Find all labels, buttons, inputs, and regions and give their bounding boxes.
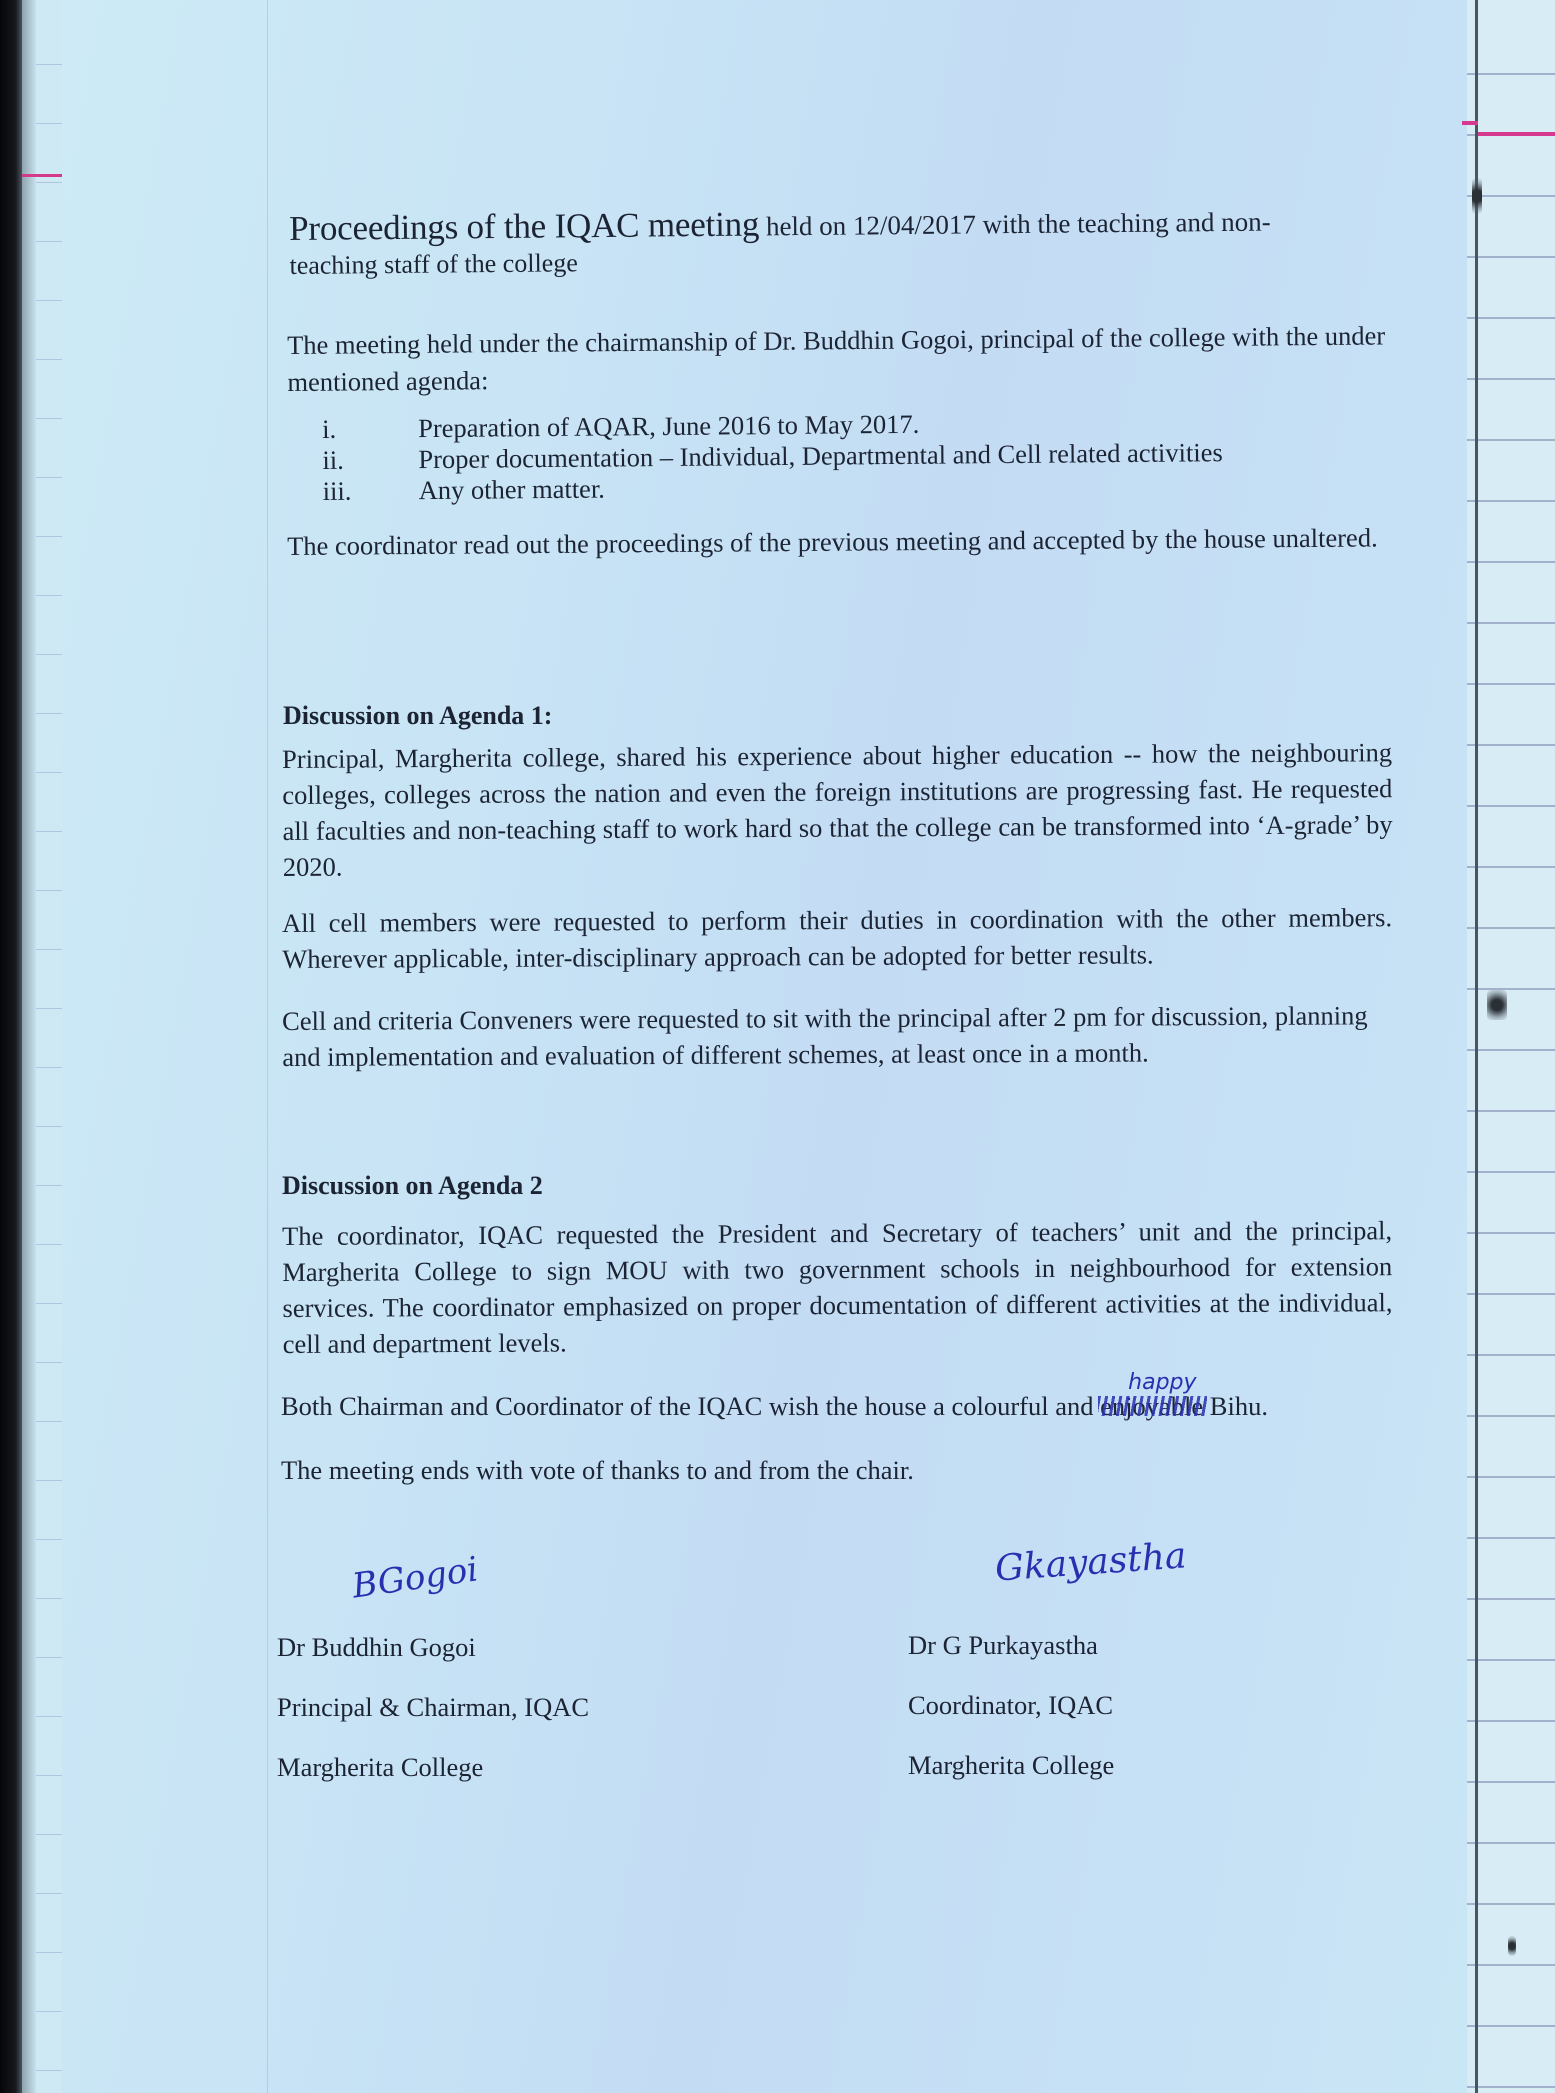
binder-edge bbox=[0, 0, 22, 2093]
agenda-list: i. Preparation of AQAR, June 2016 to May… bbox=[322, 405, 1323, 507]
signatory-role: Coordinator, IQAC bbox=[908, 1675, 1114, 1735]
agenda1-paragraph: Principal, Margherita college, shared hi… bbox=[282, 734, 1393, 885]
right-margin-mark bbox=[1478, 132, 1555, 136]
staple-icon bbox=[1508, 1936, 1516, 1956]
notebook-edge-line bbox=[1475, 0, 1478, 2093]
closing-line: The meeting ends with vote of thanks to … bbox=[281, 1452, 1391, 1489]
title-continuation: teaching staff of the college bbox=[289, 248, 578, 280]
agenda-text: Preparation of AQAR, June 2016 to May 20… bbox=[418, 409, 920, 444]
signatory-org: Margherita College bbox=[908, 1735, 1114, 1795]
agenda2-heading: Discussion on Agenda 2 bbox=[282, 1170, 543, 1202]
left-ruled-paper bbox=[36, 0, 63, 2093]
agenda-text: Any other matter. bbox=[419, 474, 605, 507]
document-title: Proceedings of the IQAC meeting held on … bbox=[289, 201, 1410, 283]
agenda1-paragraph: All cell members were requested to perfo… bbox=[282, 899, 1392, 977]
binder-edge-highlight bbox=[22, 0, 36, 2093]
left-margin-mark bbox=[22, 174, 62, 177]
inserted-word: happy bbox=[1128, 1364, 1196, 1401]
signatory-block-right: Dr G Purkayastha Coordinator, IQAC Margh… bbox=[908, 1615, 1114, 1795]
bihu-wish-line: Both Chairman and Coordinator of the IQA… bbox=[281, 1388, 1391, 1425]
handwritten-correction: enjoyablehappy bbox=[1100, 1388, 1203, 1425]
signatory-name: Dr G Purkayastha bbox=[908, 1615, 1114, 1675]
signatory-name: Dr Buddhin Gogoi bbox=[277, 1617, 589, 1677]
right-notebook-paper bbox=[1467, 0, 1555, 2093]
agenda-number: iii. bbox=[323, 475, 419, 507]
agenda1-heading: Discussion on Agenda 1: bbox=[283, 700, 552, 732]
sheet-fold-line bbox=[267, 0, 268, 2093]
staple-icon bbox=[1472, 178, 1482, 214]
wish-text-end: Bihu. bbox=[1203, 1391, 1268, 1421]
right-margin-mark bbox=[1462, 121, 1478, 125]
staple-icon bbox=[1487, 990, 1507, 1020]
signatory-org: Margherita College bbox=[277, 1737, 589, 1797]
intro-paragraph: The meeting held under the chairmanship … bbox=[287, 317, 1398, 401]
title-main: Proceedings of the IQAC meeting bbox=[289, 204, 759, 248]
signatory-role: Principal & Chairman, IQAC bbox=[277, 1677, 589, 1737]
agenda-number: i. bbox=[322, 413, 418, 445]
agenda2-paragraph: The coordinator, IQAC requested the Pres… bbox=[282, 1212, 1393, 1362]
title-rest: held on 12/04/2017 with the teaching and… bbox=[759, 207, 1271, 242]
signatory-block-left: Dr Buddhin Gogoi Principal & Chairman, I… bbox=[277, 1617, 589, 1797]
agenda1-paragraph: Cell and criteria Conveners were request… bbox=[282, 997, 1392, 1075]
agenda-number: ii. bbox=[322, 444, 418, 476]
wish-text: Both Chairman and Coordinator of the IQA… bbox=[281, 1391, 1100, 1421]
